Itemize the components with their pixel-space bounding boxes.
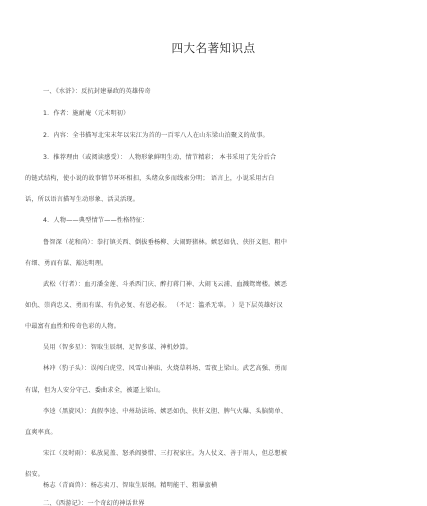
paragraph-line: 武松（行者）：血刃潘金莲、斗杀西门庆、醉打蒋门神、大闹飞云浦、血溅鸳鸯楼。嫉恶 xyxy=(43,279,287,288)
paragraph-line: 林冲（豹子头）：误闯白虎堂、风雪山神庙、火烧草料场、雪夜上梁山。武艺高强、勇而 xyxy=(43,363,287,372)
paragraph-line: 3．推荐理由（或阅读感受）： 人物形象鲜明生动、情节精彩； 本书采用了先分后合 xyxy=(43,152,276,161)
paragraph-line: 直爽率真。 xyxy=(25,427,57,436)
document-title: 四大名著知识点 xyxy=(0,40,427,56)
paragraph-line: 4．人物——典型情节——性格特征： xyxy=(43,215,149,224)
paragraph-line: 鲁智深（花和尚）：拳打镇关西、倒拔垂杨柳、大闹野猪林。嫉恶如仇、侠肝义胆、粗中 xyxy=(43,237,287,246)
paragraph-line: 1．作者：施耐庵（元末明初） xyxy=(43,108,129,117)
paragraph-line: 2．内容：全书描写北宋末年以宋江为首的一百零八人在山东梁山泊聚义的故事。 xyxy=(43,130,269,139)
paragraph-line: 宋江（及时雨）：私放晁盖、怒杀阎婆惜、三打祝家庄。为人仗义、善于用人，但总想被 xyxy=(43,448,287,457)
paragraph-line: 如仇、崇尚忠义、勇而有谋、有仇必复、有恩必报。 （不足：滥杀无辜。 ）是下层英雄… xyxy=(25,300,283,309)
paragraph-line: 中最富有血性和传奇色彩的人物。 xyxy=(25,321,120,330)
paragraph-line: 招安。 xyxy=(25,469,44,478)
paragraph-line: 杨志（青面兽）：杨志卖刀、智取生辰纲。精明能干、粗暴蛮横 xyxy=(43,480,217,489)
paragraph-line: 一、《水浒》：反抗封建暴政的英雄传奇 xyxy=(43,86,151,95)
paragraph-line: 话，所以语言描写生动形象、活灵活现。 xyxy=(25,194,139,203)
paragraph-line: 有细、勇而有谋、豁达明理。 xyxy=(25,258,107,267)
document-page: 四大名著知识点 一、《水浒》：反抗封建暴政的英雄传奇1．作者：施耐庵（元末明初）… xyxy=(0,0,427,506)
paragraph-line: 的链式结构，使小说的故事情节环环相扣，头绪众多而线索分明； 语言上，小说采用古白 xyxy=(25,173,274,182)
paragraph-line: 吴用（智多星）：智取生辰纲、足智多谋、神机妙算。 xyxy=(43,342,192,351)
paragraph-line: 有谋，但为人安分守己、委曲求全，被逼上梁山。 xyxy=(25,385,164,394)
paragraph-line: 二、《西游记》：一个奇幻的神话世界 xyxy=(43,498,145,506)
paragraph-line: 李逵（黑旋风）：真假李逵、中州劫法场、嫉恶如仇、侠肝义胆、脾气火爆、头脑简单、 xyxy=(43,406,287,415)
